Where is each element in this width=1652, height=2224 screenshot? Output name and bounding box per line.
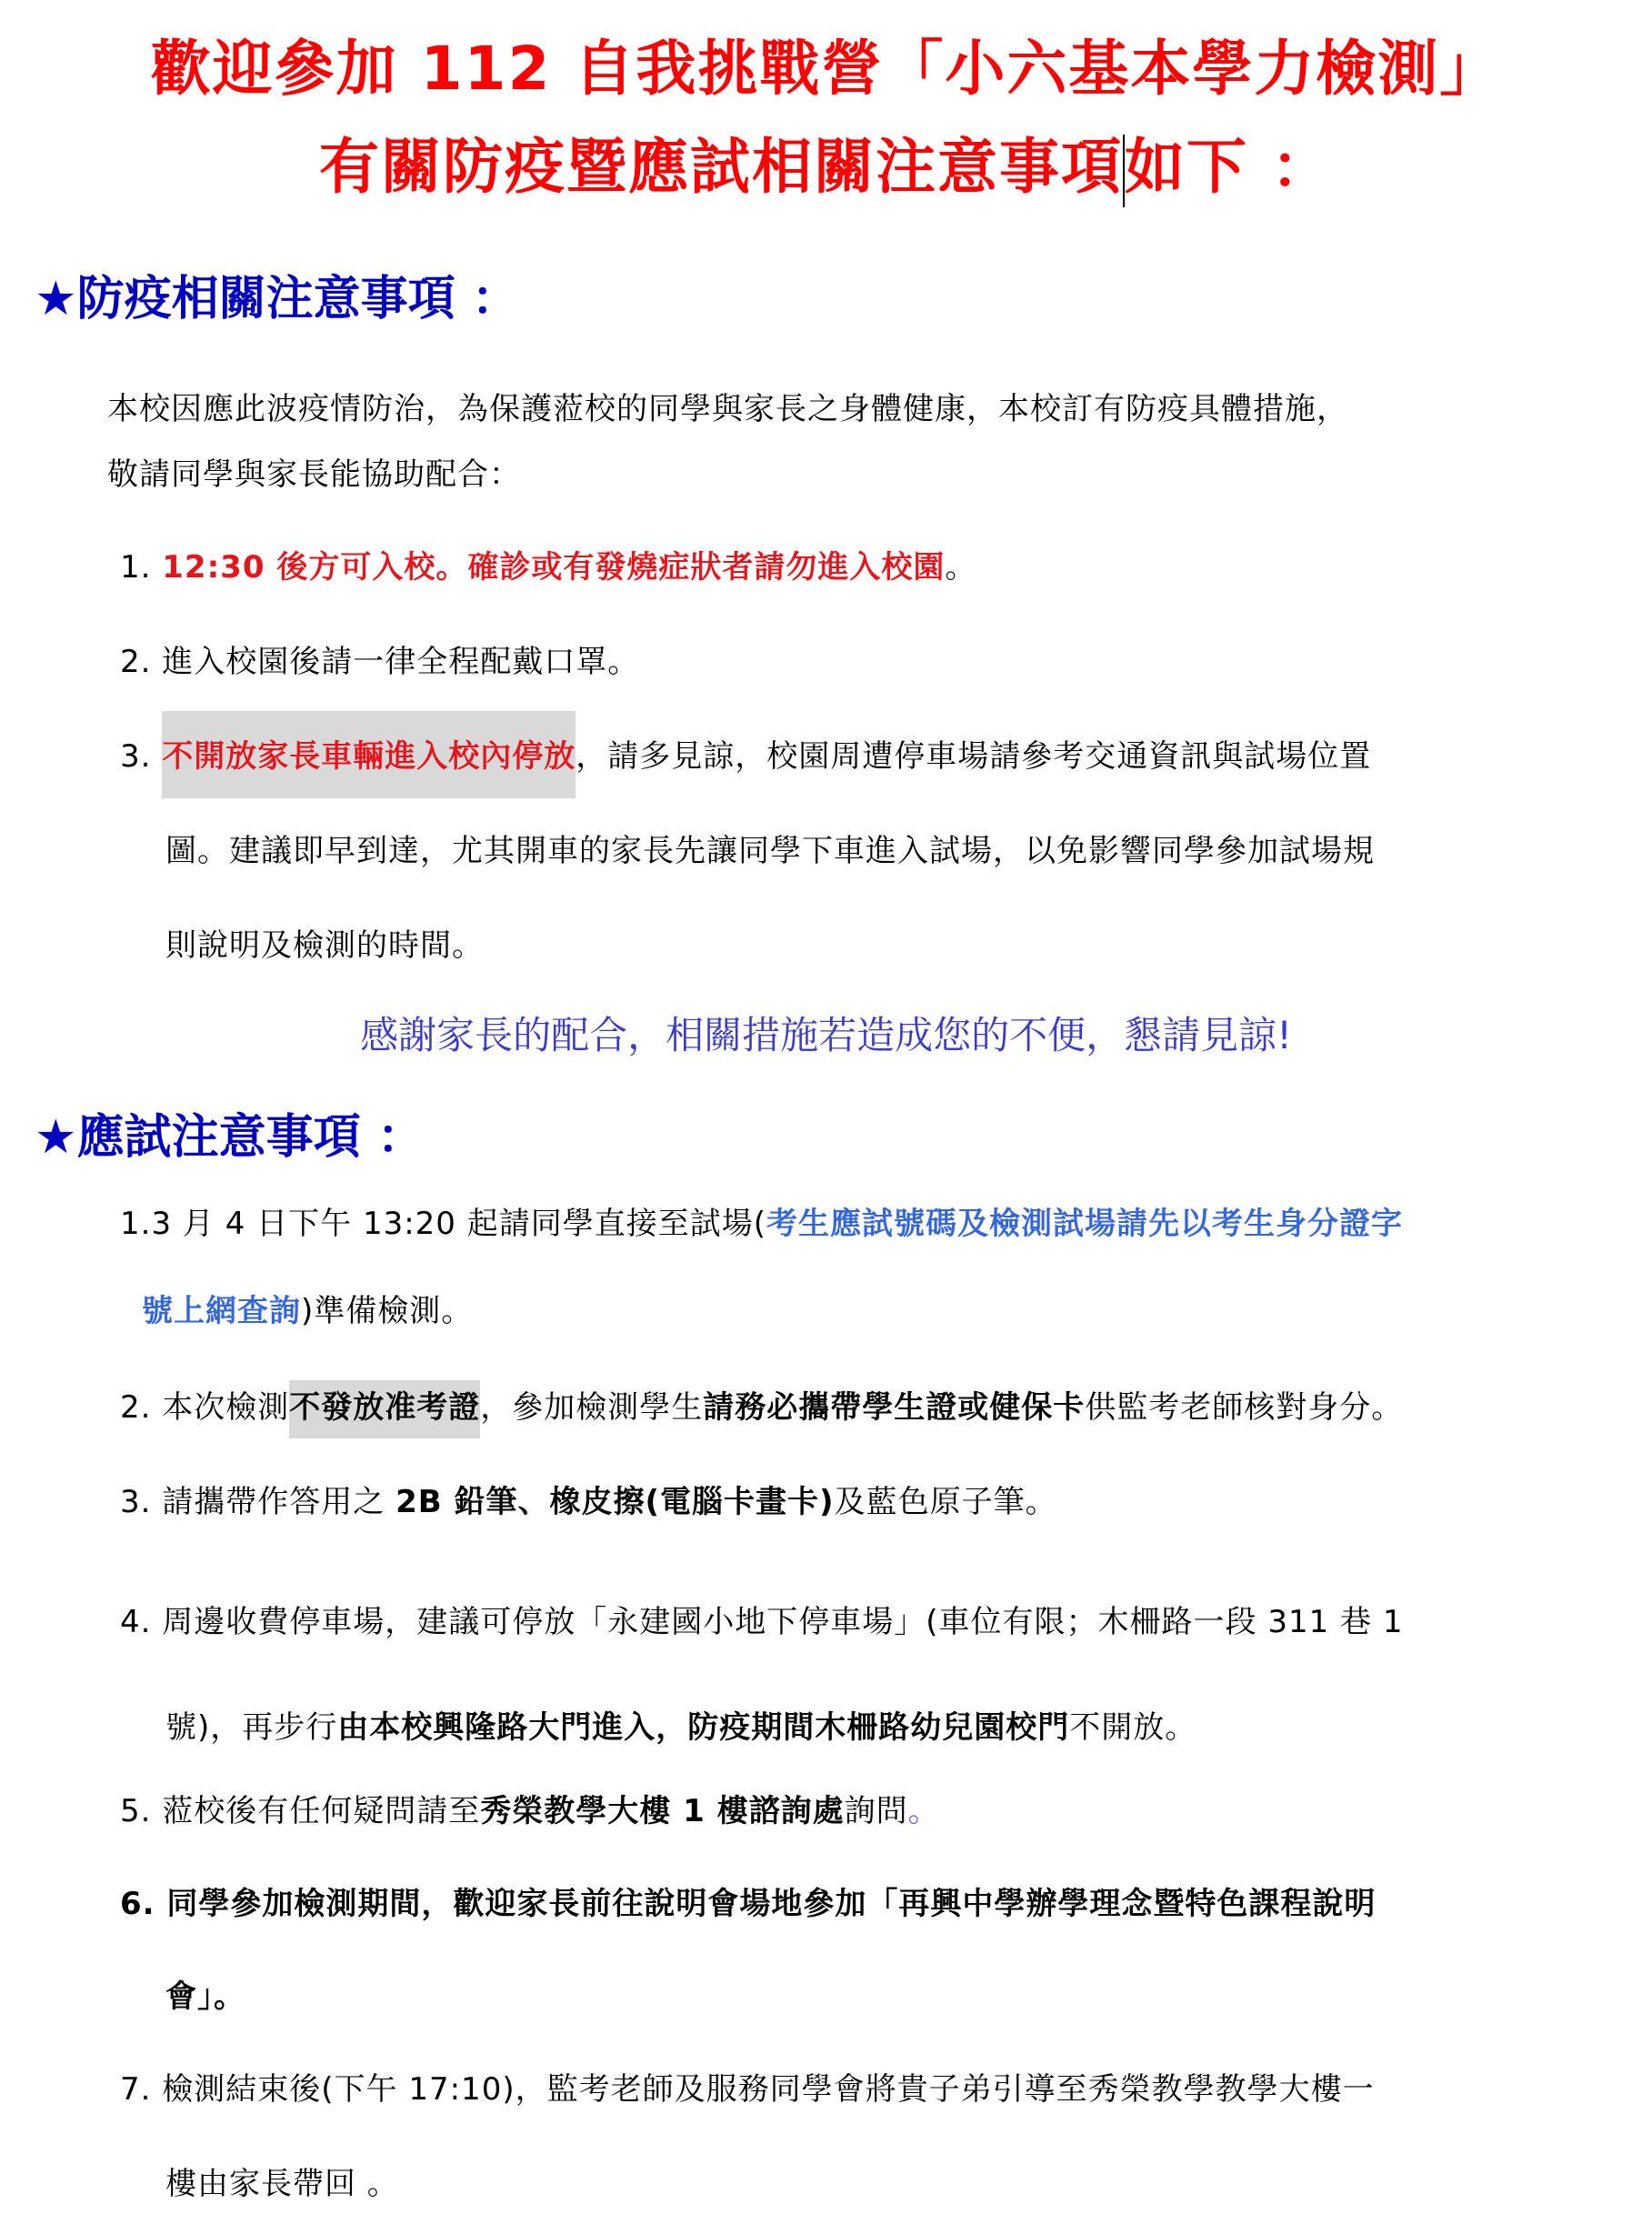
item-highlight: 不發放准考證 <box>289 1380 480 1438</box>
exam-item-6-line2: 會」。 <box>165 1971 245 2016</box>
exam-item-1-line2: 號上網查詢)準備檢測。 <box>142 1286 473 1330</box>
epidemic-item-1: 1. 12:30 後方可入校。確診或有發燒症狀者請勿進入校園。 <box>120 542 976 586</box>
item-text: 蒞校後有任何疑問請至 <box>162 1793 480 1829</box>
item-number: 3. <box>120 738 151 775</box>
epidemic-item-3-line2: 圖。建議即早到達，尤其開車的家長先讓同學下車進入試場，以免影響同學參加試場規 <box>165 826 1375 870</box>
intro-line2: 敬請同學與家長能協助配合： <box>107 449 521 494</box>
item-number: 4. <box>120 1604 151 1640</box>
title-line2-part-a: 有關防疫暨應試相關注意事項 <box>319 132 1123 202</box>
item-number: 6. <box>120 1886 155 1922</box>
item-text: 周邊收費停車場，建議可停放「永建國小地下停車場」(車位有限；木柵路一段 311 … <box>162 1604 1403 1640</box>
item-text: 不開放。 <box>1069 1709 1196 1746</box>
epidemic-item-3: 3. 不開放家長車輛進入校內停放，請多見諒，校園周遭停車場請參考交通資訊與試場位… <box>120 731 1371 776</box>
item-bold: 請務必攜帶學生證或健保卡 <box>703 1389 1085 1426</box>
item-number: 2. <box>120 644 151 680</box>
item-number: 3. <box>120 1484 151 1520</box>
item-text: 請攜帶作答用之 <box>162 1484 395 1520</box>
item-text: 3 月 4 日下午 13:20 起請同學直接至試場( <box>151 1206 766 1242</box>
item-red-text: 12:30 後方可入校。確診或有發燒症狀者請勿進入校園 <box>162 549 945 586</box>
section-heading-epidemic: ★防疫相關注意事項 ： <box>35 260 519 328</box>
page-title-line2: 有關防疫暨應試相關注意事項如下 ： <box>0 118 1652 207</box>
exam-item-2: 2. 本次檢測不發放准考證，參加檢測學生請務必攜帶學生證或健保卡供監考老師核對身… <box>120 1382 1403 1427</box>
section-heading-exam: ★應試注意事項 ： <box>35 1098 425 1167</box>
epidemic-item-2: 2. 進入校園後請一律全程配戴口罩。 <box>120 636 639 681</box>
item-text: 本次檢測 <box>162 1389 289 1426</box>
item-text: 進入校園後請一律全程配戴口罩。 <box>162 644 639 680</box>
item-number: 1. <box>120 1206 151 1242</box>
item-text: )準備檢測。 <box>301 1293 473 1329</box>
exam-item-4-line2: 號)，再步行由本校興隆路大門進入，防疫期間木柵路幼兒園校門不開放。 <box>165 1702 1196 1747</box>
exam-item-3: 3. 請攜帶作答用之 2B 鉛筆、橡皮擦(電腦卡畫卡)及藍色原子筆。 <box>120 1477 1057 1521</box>
item-bold: 2B 鉛筆、橡皮擦(電腦卡畫卡) <box>395 1484 835 1520</box>
item-number: 7. <box>120 2071 151 2108</box>
item-number: 2. <box>120 1389 151 1426</box>
exam-item-6: 6. 同學參加檢測期間，歡迎家長前往說明會場地參加「再興中學辦學理念暨特色課程說… <box>120 1878 1376 1923</box>
item-blue-text: 考生應試號碼及檢測試場請先以考生身分證字 <box>766 1206 1403 1242</box>
exam-item-1: 1.3 月 4 日下午 13:20 起請同學直接至試場(考生應試號碼及檢測試場請… <box>120 1198 1403 1243</box>
intro-line1: 本校因應此波疫情防治，為保護蒞校的同學與家長之身體健康，本校訂有防疫具體措施， <box>107 384 1348 428</box>
item-text: 號)，再步行 <box>165 1709 337 1746</box>
title-line2-part-b: 如下 ： <box>1125 132 1333 202</box>
thanks-note: 感謝家長的配合，相關措施若造成您的不便，懇請見諒! <box>0 1006 1652 1060</box>
page-title-line1: 歡迎參加 112 自我挑戰營「小六基本學力檢測」 <box>0 20 1652 106</box>
item-red-highlight: 不開放家長車輛進入校內停放 <box>162 711 576 798</box>
exam-item-7-line2: 樓由家長帶回 。 <box>165 2159 399 2203</box>
exam-item-7: 7. 檢測結束後(下午 17:10)，監考老師及服務同學會將貴子弟引導至秀榮教學… <box>120 2064 1375 2109</box>
item-bold: 同學參加檢測期間，歡迎家長前往說明會場地參加「再興中學辦學理念暨特色課程說明 <box>166 1886 1376 1922</box>
item-text: ，參加檢測學生 <box>480 1389 703 1426</box>
item-tail: 。 <box>908 1793 940 1829</box>
exam-item-4: 4. 周邊收費停車場，建議可停放「永建國小地下停車場」(車位有限；木柵路一段 3… <box>120 1597 1403 1641</box>
item-text: 檢測結束後(下午 17:10)，監考老師及服務同學會將貴子弟引導至秀榮教學教學大… <box>162 2071 1374 2108</box>
item-bold: 秀榮教學大樓 1 樓諮詢處 <box>480 1793 844 1829</box>
item-text: 供監考老師核對身分。 <box>1085 1389 1403 1426</box>
item-text: ，請多見諒，校園周遭停車場請參考交通資訊與試場位置 <box>576 738 1371 775</box>
item-bold: 由本校興隆路大門進入，防疫期間木柵路幼兒園校門 <box>337 1709 1069 1746</box>
item-text: 詢問 <box>845 1793 908 1829</box>
item-text: 及藍色原子筆。 <box>835 1484 1057 1520</box>
item-number: 1. <box>120 549 151 586</box>
item-blue-text: 號上網查詢 <box>142 1293 301 1329</box>
epidemic-item-3-line3: 則說明及檢測的時間。 <box>165 920 484 965</box>
item-tail: 。 <box>945 549 976 586</box>
exam-item-5: 5. 蒞校後有任何疑問請至秀榮教學大樓 1 樓諮詢處詢問。 <box>120 1786 940 1830</box>
item-number: 5. <box>120 1793 151 1829</box>
